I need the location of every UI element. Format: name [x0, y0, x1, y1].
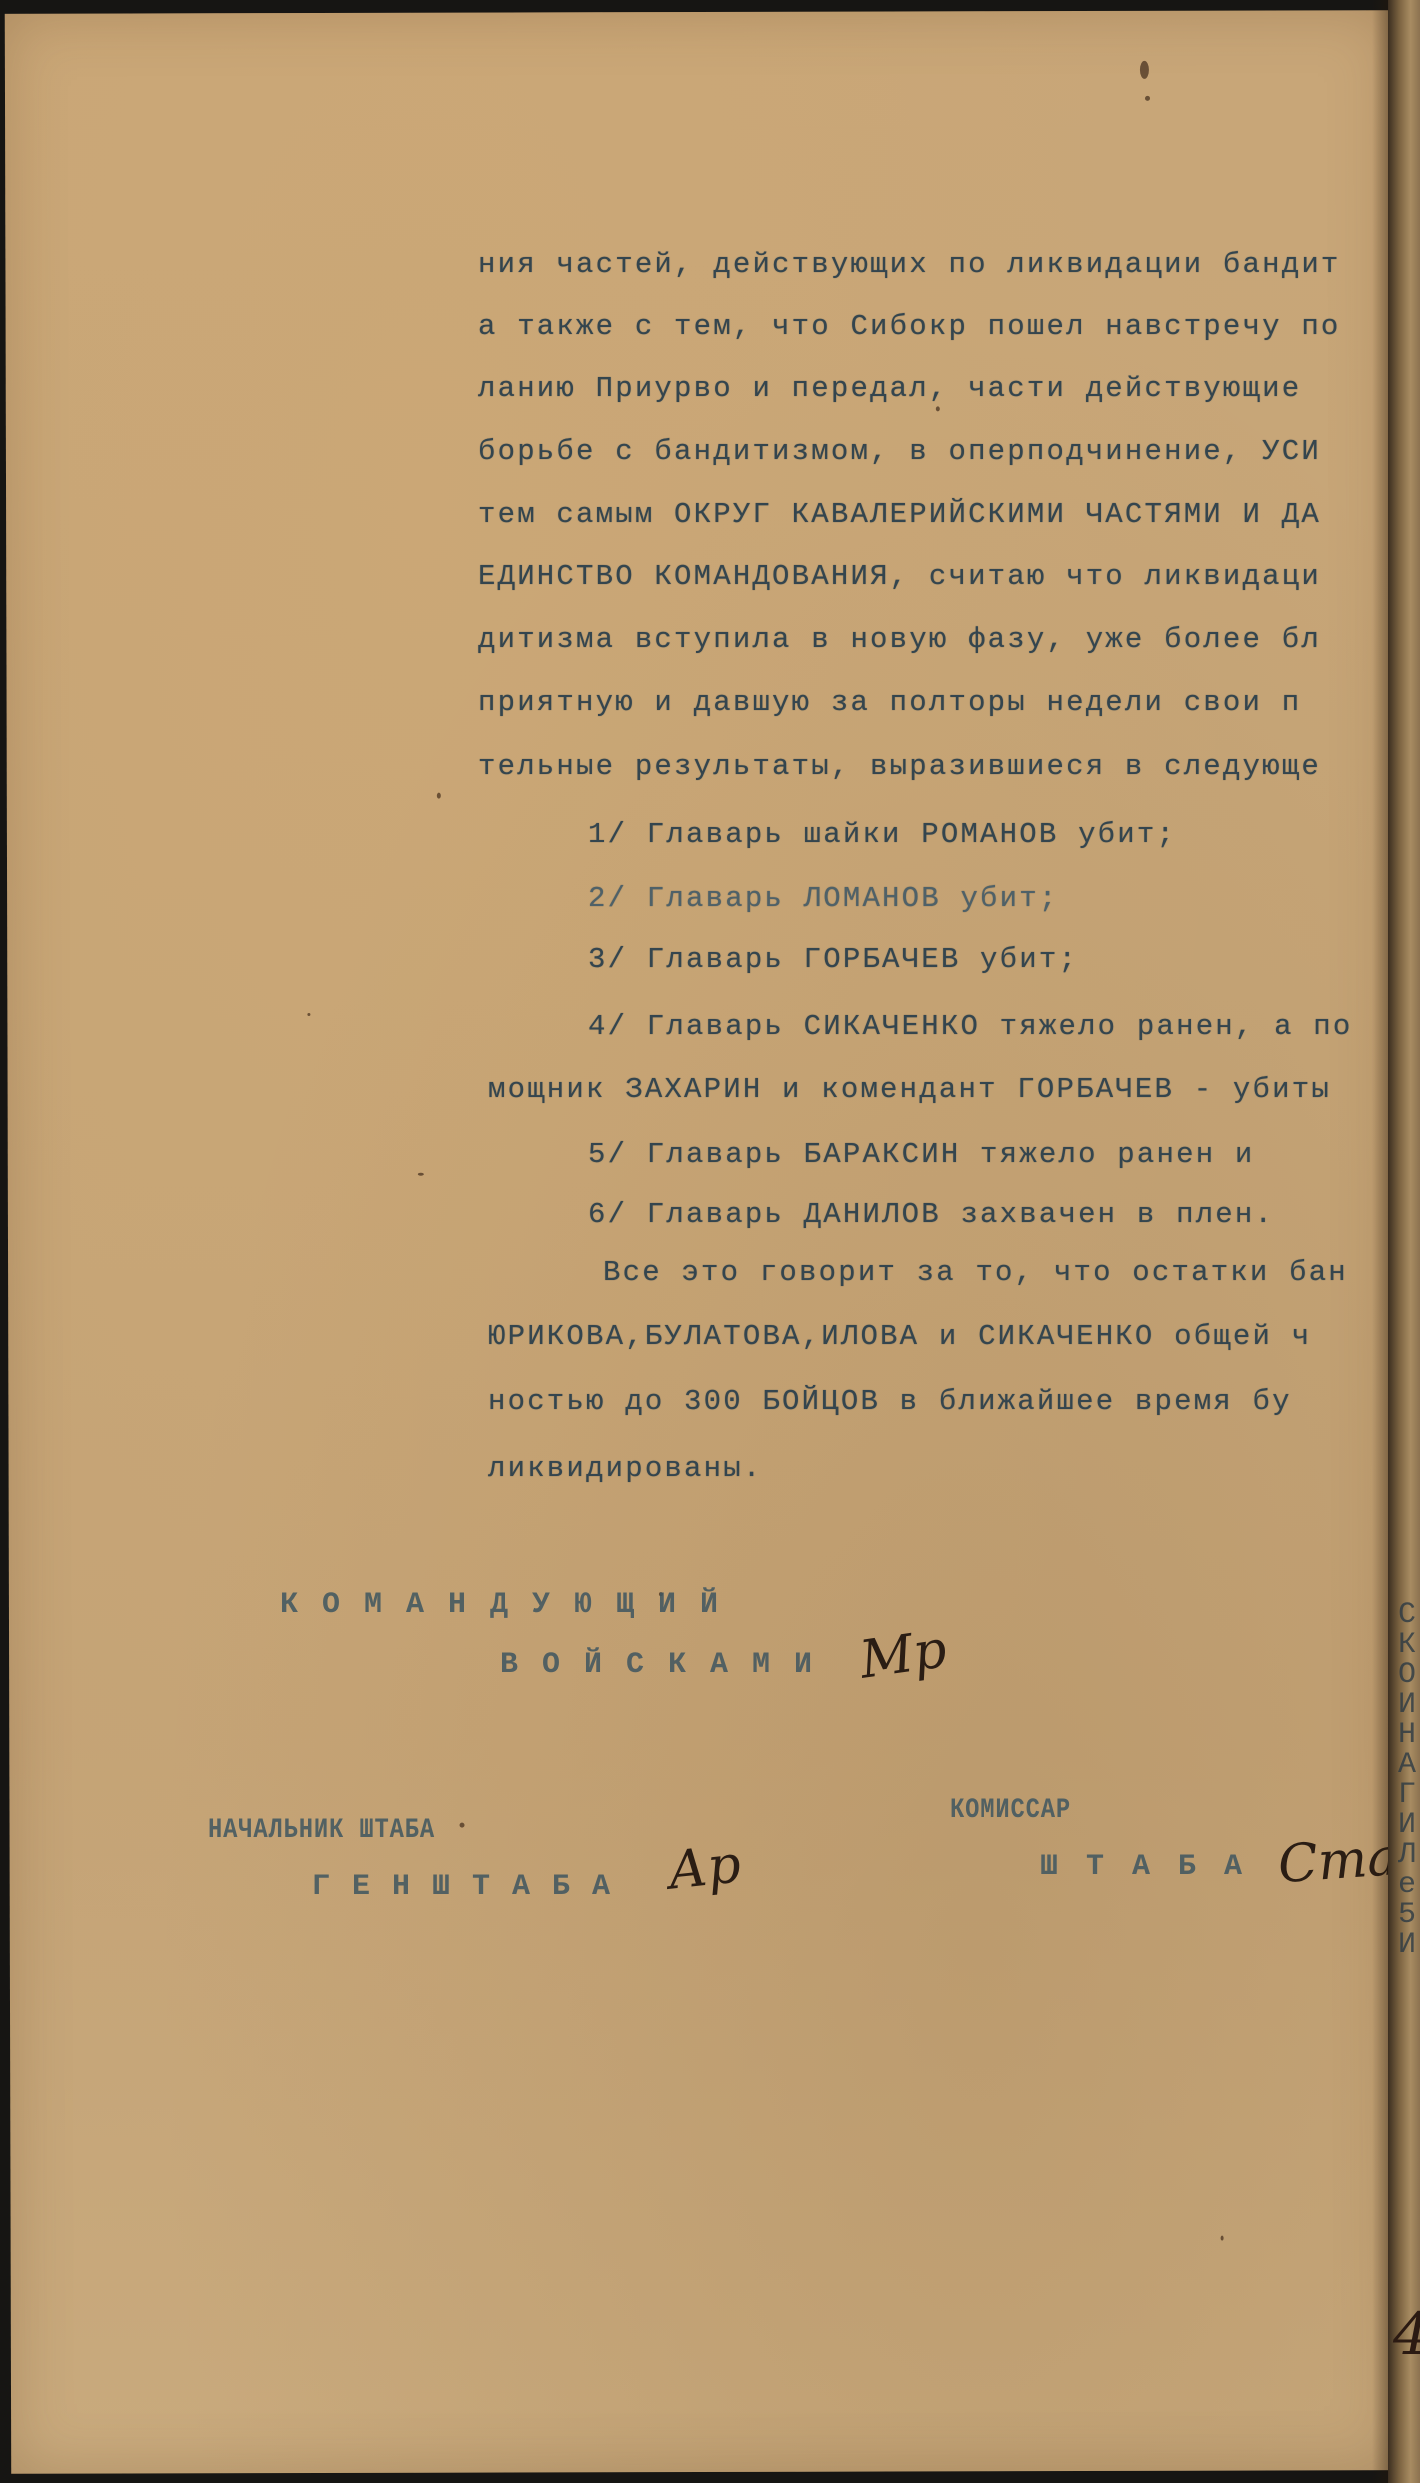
paper-speck	[460, 1823, 465, 1828]
commander-title-line2: ВОЙСКАМИ	[500, 1648, 836, 1682]
body-line: приятную и давшую за полторы недели свои…	[478, 686, 1301, 719]
body-line: ЕДИНСТВО КОМАНДОВАНИЯ, считаю что ликвид…	[478, 560, 1321, 593]
conclusion-line: Все это говорит за то, что остатки бан	[603, 1256, 1348, 1289]
paper-speck	[437, 793, 441, 799]
paper-speck	[1221, 2236, 1224, 2241]
commander-signature: Мр	[856, 1619, 950, 1690]
conclusion-line: ЮРИКОВА,БУЛАТОВА,ИЛОВА и СИКАЧЕНКО общей…	[488, 1320, 1311, 1353]
list-item: 4/ Главарь СИКАЧЕНКО тяжело ранен, а по	[588, 1010, 1353, 1043]
conclusion-line: ликвидированы.	[488, 1452, 762, 1485]
list-item: 3/ Главарь ГОРБАЧЕВ убит;	[588, 943, 1078, 976]
list-item: 2/ Главарь ЛОМАНОВ убит;	[588, 882, 1058, 915]
adjacent-page-number: 4	[1393, 2300, 1420, 2368]
body-line: дитизма вступила в новую фазу, уже более…	[478, 623, 1321, 656]
list-item-continuation: мощник ЗАХАРИН и комендант ГОРБАЧЕВ - уб…	[488, 1073, 1331, 1106]
body-line: ланию Приурво и передал, части действующ…	[478, 372, 1301, 405]
conclusion-line: ностью до 300 БОЙЦОВ в ближайшее время б…	[488, 1385, 1292, 1418]
commissar-title-line1: КОМИССАР	[950, 1795, 1071, 1826]
paper-speck	[936, 406, 940, 411]
commissar-title-line2: ШТАБА	[1040, 1850, 1270, 1884]
body-line: тем самым ОКРУГ КАВАЛЕРИЙСКИМИ ЧАСТЯМИ И…	[478, 498, 1321, 531]
paper-speck	[307, 1013, 310, 1016]
paper-speck	[1140, 61, 1149, 79]
list-item: 6/ Главарь ДАНИЛОВ захвачен в плен.	[588, 1198, 1274, 1231]
body-line: тельные результаты, выразившиеся в следу…	[478, 750, 1321, 783]
adjacent-page-text-fragment: С К О И Н А Г И Л е 5 И	[1398, 1600, 1420, 2160]
chief-of-staff-title-line2: ГЕНШТАБА	[312, 1870, 632, 1904]
chief-of-staff-signature: Ар	[665, 1834, 744, 1901]
list-item: 5/ Главарь БАРАКСИН тяжело ранен и	[588, 1138, 1255, 1171]
paper-speck	[1145, 96, 1150, 101]
commander-title-line1: КОМАНДУЮЩИЙ	[280, 1588, 742, 1622]
body-line: борьбе с бандитизмом, в оперподчинение, …	[478, 435, 1321, 468]
list-item: 1/ Главарь шайки РОМАНОВ убит;	[588, 818, 1176, 851]
body-line: а также с тем, что Сибокр пошел навстреч…	[478, 310, 1341, 343]
paper-speck	[418, 1173, 424, 1176]
body-line: ния частей, действующих по ликвидации ба…	[478, 248, 1341, 281]
chief-of-staff-title-line1: НАЧАЛЬНИК ШТАБА	[208, 1815, 435, 1846]
